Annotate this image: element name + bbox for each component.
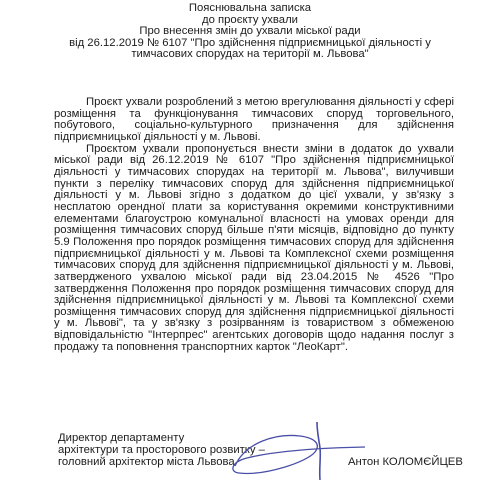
paragraph-changes: Проєктом ухвали пропонується внести змін…	[54, 144, 454, 354]
document-header: Пояснювальна записка до проєкту ухвали П…	[60, 3, 440, 61]
header-title: Пояснювальна записка	[60, 3, 440, 15]
handwritten-signature-icon	[225, 418, 365, 480]
document-body: Проєкт ухвали розроблений з метою врегул…	[54, 97, 454, 353]
header-subject-line-3: тимчасових спорудах на території м. Льво…	[60, 49, 440, 61]
signatory-name: Антон КОЛОМЄЙЦЕВ	[348, 456, 463, 468]
document-page: Пояснювальна записка до проєкту ухвали П…	[0, 0, 480, 480]
paragraph-purpose: Проєкт ухвали розроблений з метою врегул…	[54, 97, 454, 144]
